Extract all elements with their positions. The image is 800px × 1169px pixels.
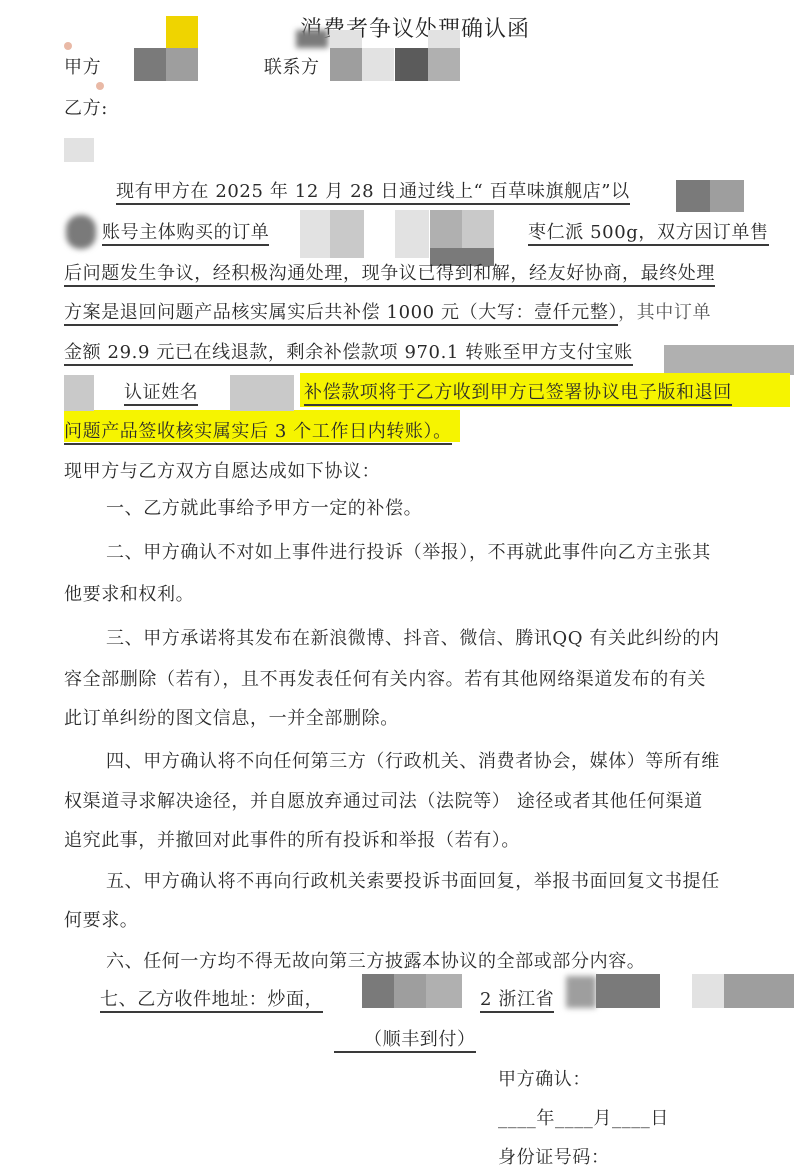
redaction-block (596, 974, 628, 1008)
redaction-block (362, 48, 394, 81)
redaction-block (628, 974, 660, 1008)
body-line-2b: 枣仁派 500g，双方因订单售 (528, 221, 769, 245)
redaction-block (426, 974, 462, 1008)
redaction-block (66, 215, 96, 249)
party-b-line: 乙方: (64, 97, 108, 121)
date-line: ____年____月____日 (498, 1107, 669, 1131)
redaction-block (566, 976, 596, 1008)
redaction-block (330, 210, 364, 258)
body-line-6a: 认证姓名 (124, 381, 198, 405)
body-line-5: 金额 29.9 元已在线退款，剩余补偿款项 970.1 转账至甲方支付宝账 (64, 341, 633, 365)
redaction-block (64, 138, 94, 162)
clause-4-line-3: 追究此事，并撤回对此事件的所有投诉和举报（若有）。 (64, 829, 520, 853)
party-a-contact-label: 联系方 (264, 57, 320, 78)
redaction-block (395, 210, 429, 258)
clause-7-shipping: （顺丰到付） (334, 1028, 476, 1052)
clause-4-line-1: 四、甲方确认将不向任何第三方（行政机关、消费者协会，媒体）等所有维 (106, 750, 720, 774)
body-line-3: 后问题发生争议，经积极沟通处理，现争议已得到和解，经友好协商，最终处理 (64, 262, 715, 286)
clause-7-address: 2 浙江省 (480, 988, 554, 1012)
redaction-block (166, 16, 198, 48)
clause-4-line-2: 权渠道寻求解决途径，并自愿放弃通过司法（法院等） 途径或者其他任何渠道 (64, 790, 703, 814)
document-page: 消费者争议处理确认函 甲方 联系方 乙方: 现有甲方在 2025 年 12 月 … (0, 0, 800, 1169)
redaction-block (394, 974, 426, 1008)
redaction-block (362, 974, 394, 1008)
body-line-7: 问题产品签收核实属实后 3 个工作日内转账）。 (64, 420, 452, 444)
redaction-block (710, 180, 744, 212)
redaction-block (395, 48, 428, 81)
party-a-line: 甲方 联系方 (64, 56, 320, 80)
redaction-block (330, 48, 362, 81)
redaction-block (330, 30, 362, 48)
id-number-label: 身份证号码： (498, 1146, 610, 1169)
clause-3-line-2: 容全部删除（若有），且不再发表任何有关内容。若有其他网络渠道发布的有关 (64, 668, 706, 692)
body-line-4: 方案是退回问题产品核实属实后共补偿 1000 元（大写：壹仟元整），其中订单 (64, 301, 711, 325)
clause-5-line-2: 何要求。 (64, 909, 138, 933)
party-a-label: 甲方 (64, 57, 101, 78)
body-line-1: 现有甲方在 2025 年 12 月 28 日通过线上“ 百草味旗舰店”以 (116, 180, 630, 204)
redaction-block (428, 48, 460, 81)
clause-3-line-3: 此订单纠纷的图文信息，一并全部删除。 (64, 707, 399, 731)
redaction-block (664, 345, 794, 375)
clause-6: 六、任何一方均不得无故向第三方披露本协议的全部或部分内容。 (106, 950, 645, 974)
party-b-label: 乙方: (64, 98, 108, 119)
redaction-block (230, 375, 294, 411)
clause-2-line-2: 他要求和权利。 (64, 583, 194, 607)
clause-7-line-1: 七、乙方收件地址：炒面， (100, 988, 323, 1012)
clause-5-line-1: 五、甲方确认将不再向行政机关索要投诉书面回复，举报书面回复文书提任 (106, 870, 720, 894)
clause-1: 一、乙方就此事给予甲方一定的补偿。 (106, 497, 422, 521)
redaction-block (428, 30, 460, 48)
redaction-block (296, 30, 328, 48)
redaction-block (676, 180, 710, 212)
redaction-block (724, 974, 794, 1008)
agreement-intro: 现甲方与乙方双方自愿达成如下协议： (64, 460, 380, 484)
stain-mark (96, 82, 104, 90)
clause-3-line-1: 三、甲方承诺将其发布在新浪微博、抖音、微信、腾讯QQ 有关此纠纷的内 (106, 627, 720, 651)
body-line-6b: 补偿款项将于乙方收到甲方已签署协议电子版和退回 (304, 381, 732, 405)
redaction-block (64, 375, 94, 411)
clause-2-line-1: 二、甲方确认不对如上事件进行投诉（举报），不再就此事件向乙方主张其 (106, 541, 711, 565)
body-line-2a: 账号主体购买的订单 (102, 221, 269, 245)
redaction-block (300, 210, 330, 258)
redaction-block (692, 974, 724, 1008)
party-a-confirm-label: 甲方确认： (498, 1068, 591, 1092)
stain-mark (64, 42, 72, 50)
